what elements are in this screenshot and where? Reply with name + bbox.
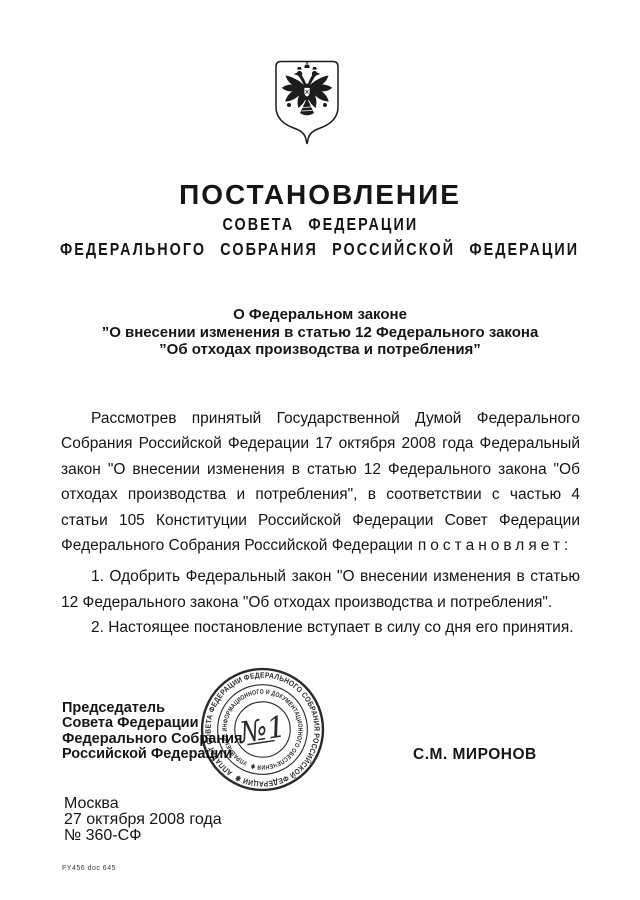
org-name-line-2-text: ФЕДЕРАЛЬНОГО СОБРАНИЯ РОССИЙСКОЙ ФЕДЕРАЦ… [60, 239, 579, 260]
org-name-line-2: ФЕДЕРАЛЬНОГО СОБРАНИЯ РОССИЙСКОЙ ФЕДЕРАЦ… [0, 239, 640, 260]
scanned-document-page: ПОСТАНОВЛЕНИЕ СОВЕТА ФЕДЕРАЦИИ ФЕДЕРАЛЬН… [0, 0, 640, 900]
org-name-line-1: СОВЕТА ФЕДЕРАЦИИ [0, 214, 640, 235]
document-title: ПОСТАНОВЛЕНИЕ [60, 179, 580, 211]
registration-stamp: АППАРАТ СОВЕТА ФЕДЕРАЦИИ ФЕДЕРАЛЬНОГО СО… [197, 664, 328, 795]
double-headed-eagle [282, 62, 332, 116]
resolution-item-1: 1. Одобрить Федеральный закон "О внесени… [61, 564, 580, 615]
issue-date: 27 октября 2008 года [64, 812, 222, 828]
preamble-text: Рассмотрев принятый Государственной Думо… [61, 410, 580, 554]
issue-number: № 360-СФ [64, 828, 222, 844]
decree-word: постановляет: [418, 537, 572, 554]
issue-city: Москва [64, 796, 222, 812]
subject-line-1: О Федеральном законе [40, 306, 600, 324]
signatory-name: С.М. МИРОНОВ [413, 746, 537, 764]
russian-coat-of-arms-icon [274, 60, 340, 148]
file-reference-note: FY456 doc 645 [62, 865, 116, 872]
document-body: Рассмотрев принятый Государственной Думо… [61, 406, 580, 641]
issue-details-block: Москва 27 октября 2008 года № 360-СФ [64, 796, 222, 843]
subject-line-3: ”Об отходах производства и потребления” [40, 341, 600, 359]
stamp-center-number: №1 [236, 709, 288, 750]
stamp-svg: АППАРАТ СОВЕТА ФЕДЕРАЦИИ ФЕДЕРАЛЬНОГО СО… [197, 664, 328, 795]
document-subject: О Федеральном законе ”О внесении изменен… [40, 306, 600, 359]
preamble-paragraph: Рассмотрев принятый Государственной Думо… [61, 406, 580, 558]
org-name-line-1-text: СОВЕТА ФЕДЕРАЦИИ [222, 214, 418, 235]
stamp-graphic: АППАРАТ СОВЕТА ФЕДЕРАЦИИ ФЕДЕРАЛЬНОГО СО… [197, 664, 328, 795]
resolution-item-2: 2. Настоящее постановление вступает в си… [61, 615, 580, 640]
coat-of-arms-svg [274, 60, 340, 148]
subject-line-2: ”О внесении изменения в статью 12 Федера… [40, 324, 600, 342]
